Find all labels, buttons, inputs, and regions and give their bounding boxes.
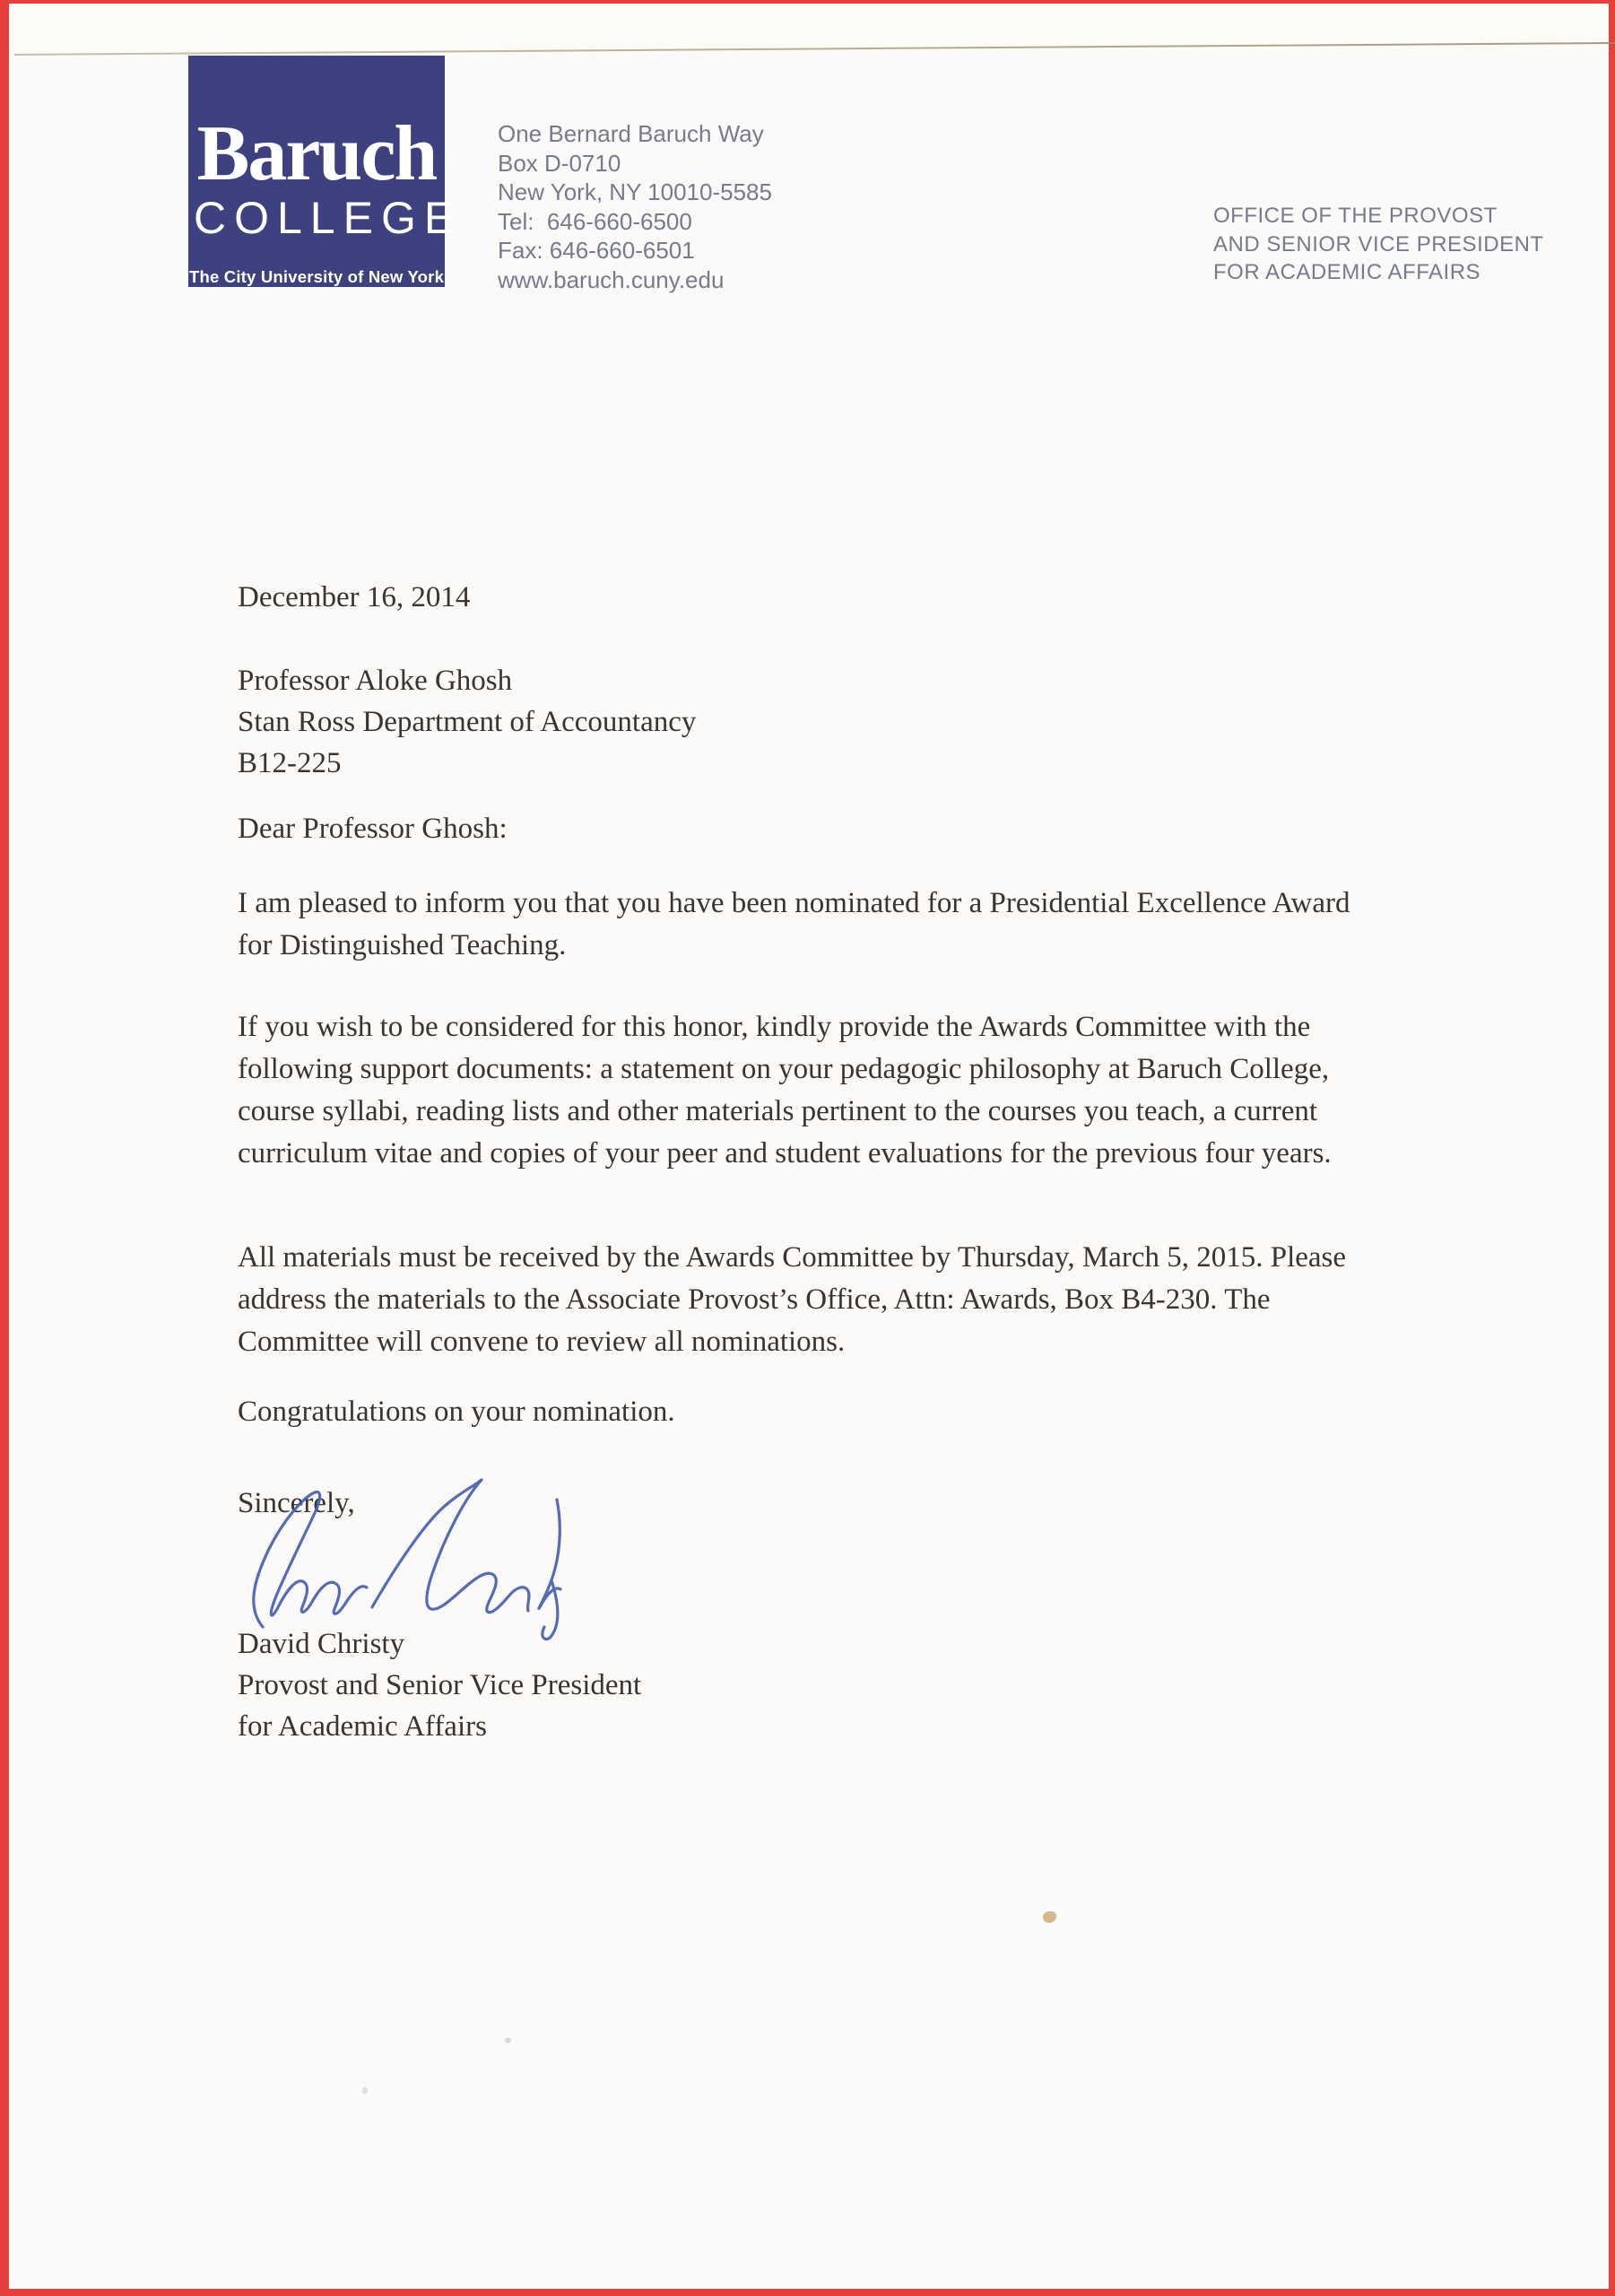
recipient-room: B12-225 — [238, 743, 696, 784]
letter-date: December 16, 2014 — [238, 581, 470, 614]
salutation: Dear Professor Ghosh: — [238, 813, 508, 846]
paragraph-deadline: All materials must be received by the Aw… — [238, 1237, 1390, 1363]
logo-tagline: The City University of New York — [188, 267, 445, 287]
office-of-provost-block: OFFICE OF THE PROVOST AND SENIOR VICE PR… — [1213, 202, 1544, 287]
signer-title: for Academic Affairs — [238, 1706, 641, 1747]
signer-title: Provost and Senior Vice President — [238, 1665, 641, 1706]
letterhead-address-block: One Bernard Baruch Way Box D-0710 New Yo… — [498, 119, 772, 294]
office-line: AND SENIOR VICE PRESIDENT — [1213, 230, 1544, 259]
fax-line: Fax: 646-660-6501 — [498, 236, 772, 265]
recipient-department: Stan Ross Department of Accountancy — [238, 701, 696, 743]
scanned-letter: { "colors": { "scan_border": "#e5403b", … — [0, 0, 1615, 2296]
paragraph-congratulations: Congratulations on your nomination. — [238, 1391, 1390, 1433]
office-line: OFFICE OF THE PROVOST — [1213, 202, 1544, 230]
address-line: New York, NY 10010-5585 — [498, 178, 772, 207]
paragraph-nomination: I am pleased to inform you that you have… — [238, 883, 1390, 967]
office-line: FOR ACADEMIC AFFAIRS — [1213, 258, 1544, 287]
logo-wordmark: Baruch — [188, 115, 445, 194]
recipient-name: Professor Aloke Ghosh — [238, 660, 696, 701]
baruch-college-logo: Baruch COLLEGE The City University of Ne… — [188, 56, 445, 287]
phone-line: Tel: 646-660-6500 — [498, 207, 772, 237]
logo-college-text: COLLEGE — [188, 196, 445, 240]
paragraph-documents: If you wish to be considered for this ho… — [238, 1006, 1390, 1175]
website-line: www.baruch.cuny.edu — [498, 265, 772, 295]
recipient-block: Professor Aloke Ghosh Stan Ross Departme… — [238, 660, 696, 784]
signer-name: David Christy — [238, 1623, 641, 1665]
address-line: Box D-0710 — [498, 149, 772, 178]
signer-block: David Christy Provost and Senior Vice Pr… — [238, 1623, 641, 1747]
address-line: One Bernard Baruch Way — [498, 119, 772, 149]
backing-sheet-edge — [9, 4, 1609, 54]
